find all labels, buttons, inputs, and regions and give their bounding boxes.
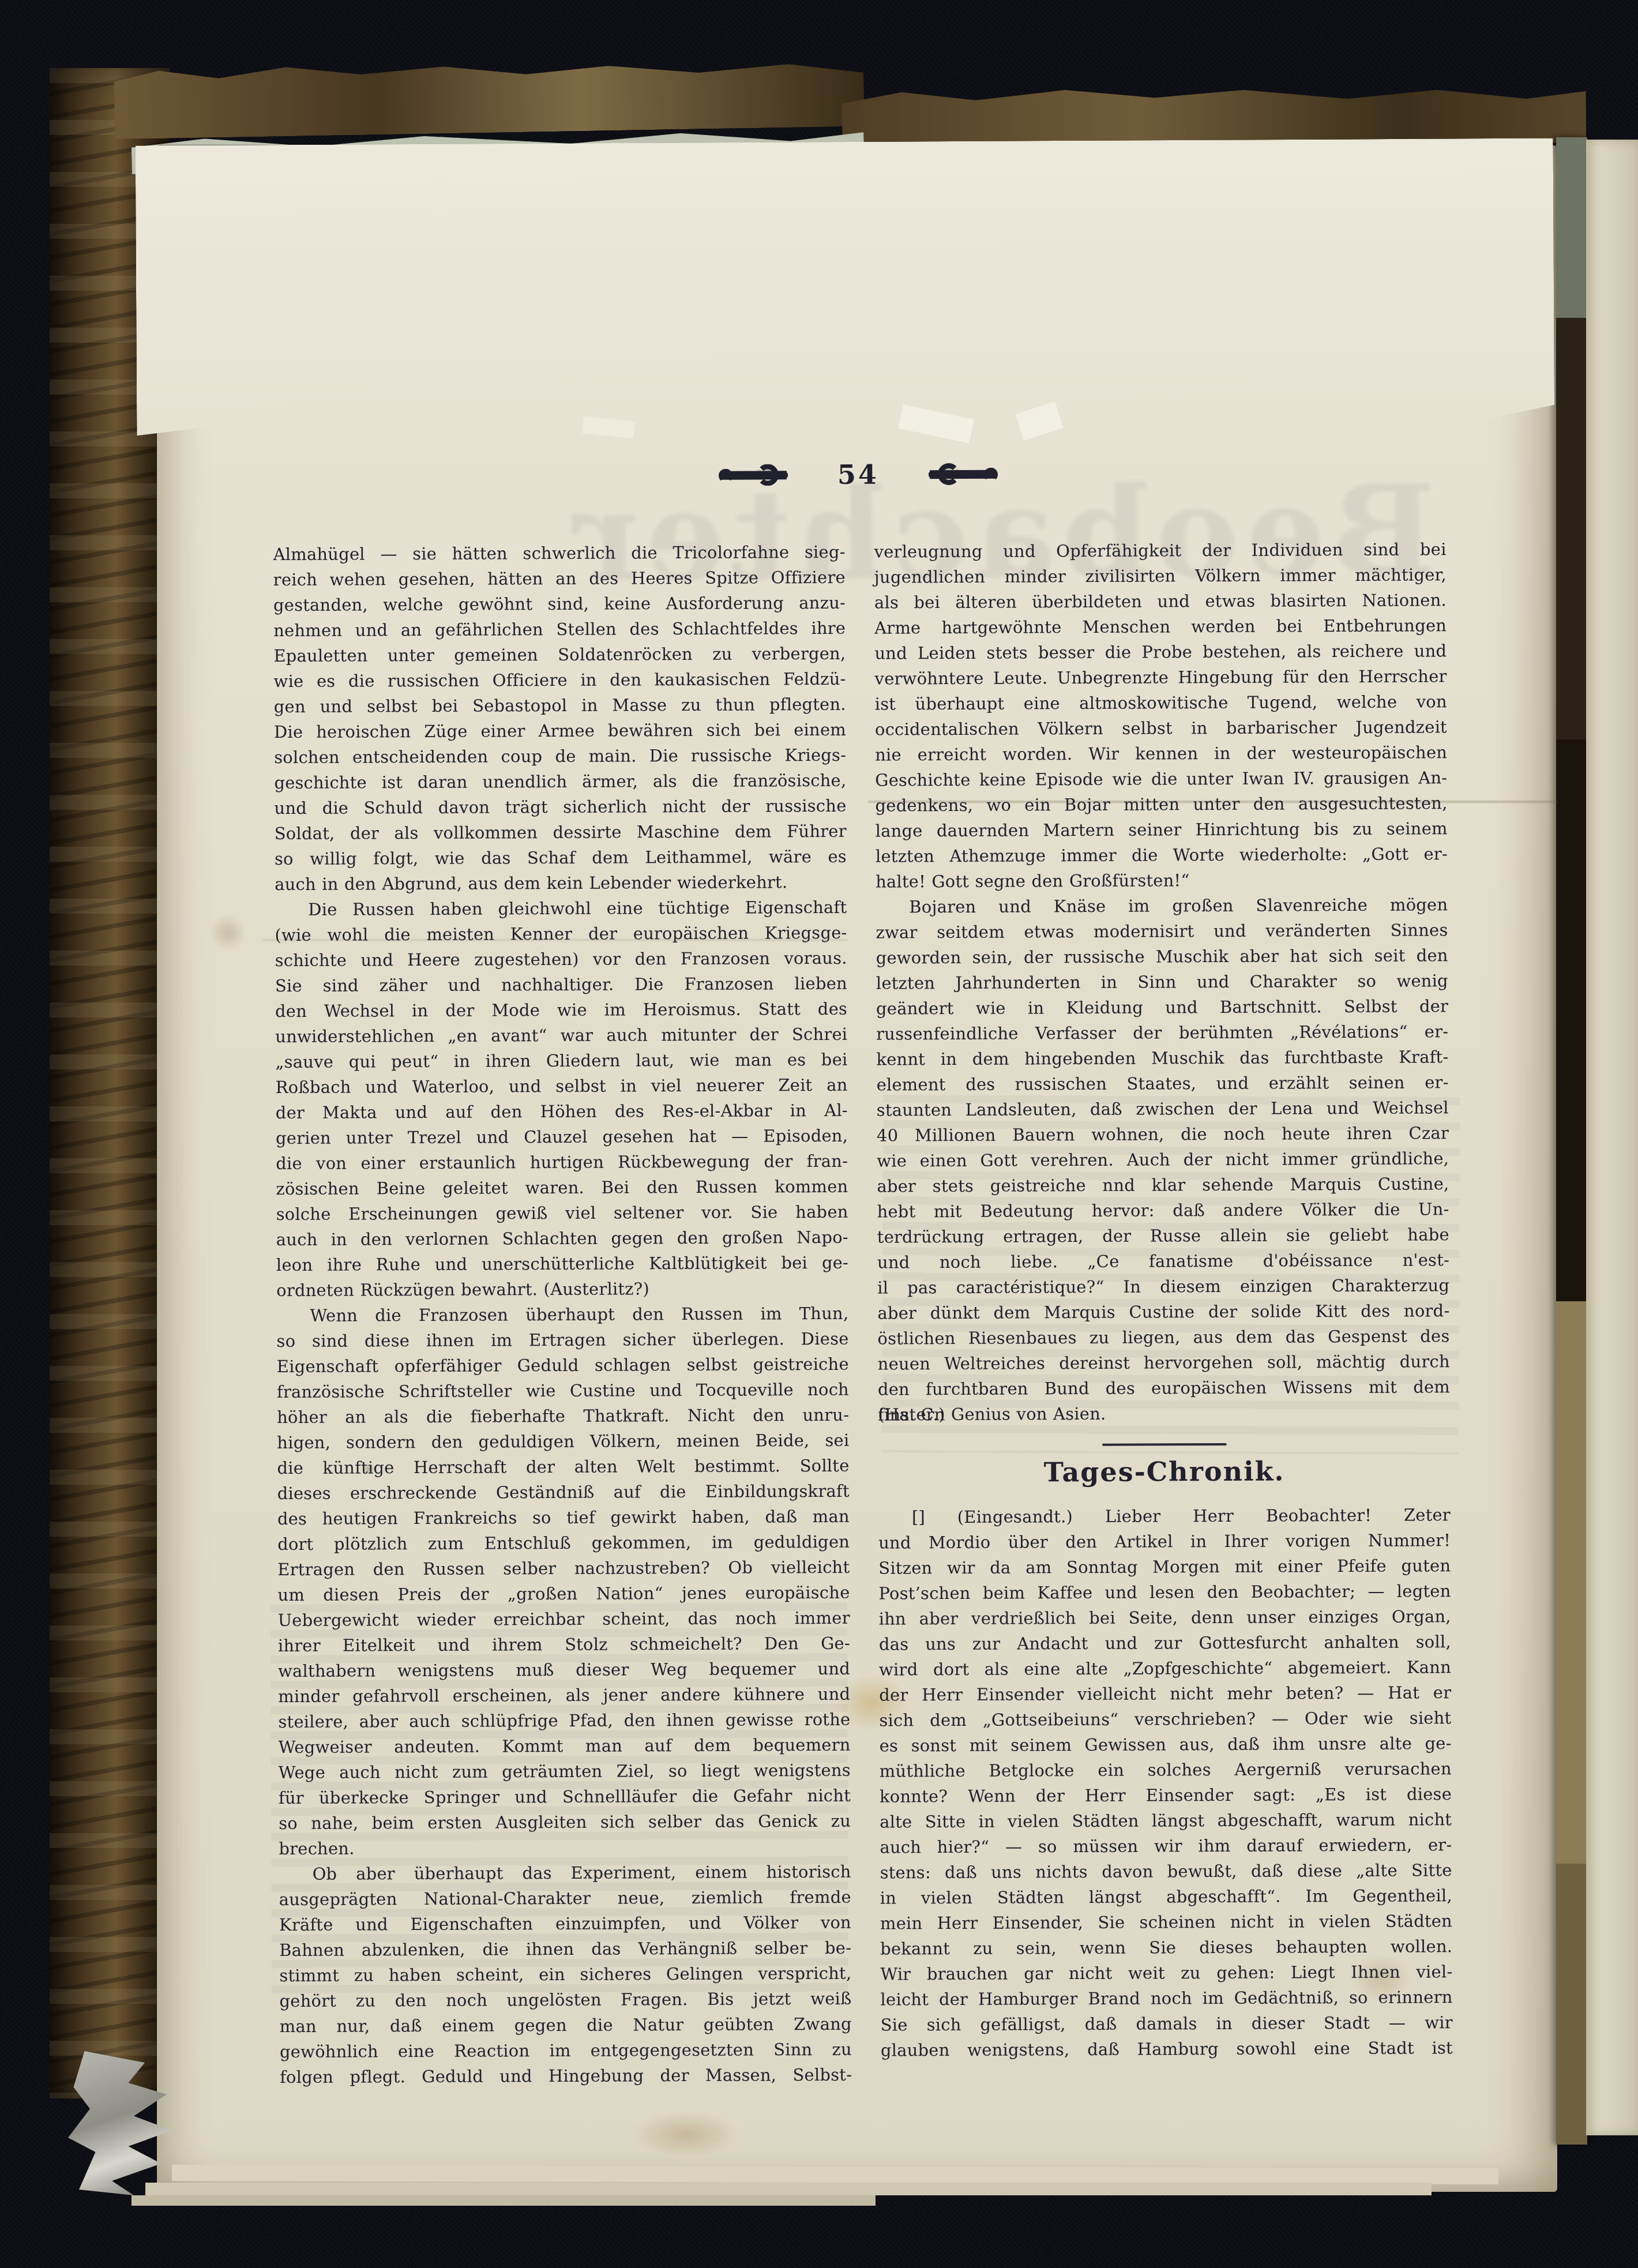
fleuron-right-icon [929,465,997,483]
page-stack-edge [145,2183,1432,2195]
text-line: sich dem „Gottseibeiuns“ verschrieben? —… [879,1705,1451,1733]
text-line: terdrückung ertragen, der Russe allein s… [877,1222,1449,1249]
text-line: Bahnen abzulenken, die ihnen das Verhäng… [279,1935,851,1963]
text-line: ist überhaupt eine altmoskowitische Tuge… [875,689,1447,716]
section-heading: Tages-Chronik. [878,1452,1450,1490]
text-line: higen, sondern den geduldigen Völkern, m… [277,1428,849,1455]
text-line: und Leiden stets besser die Probe besteh… [874,638,1447,666]
text-line: Die heroischen Züge einer Armee bewähren… [274,717,846,745]
text-line: Die Russen haben gleichwohl eine tüchtig… [275,895,847,922]
text-line: gewöhnlich eine Reaction im entgegengese… [280,2037,852,2064]
text-line: lange dauernden Martern seiner Hinrichtu… [876,816,1448,843]
text-line: verleugnung und Opferfähigkeit der Indiv… [874,536,1447,564]
text-line: gestanden, welche gewöhnt sind, keine Au… [273,590,846,618]
text-line: die von einer erstaunlich hurtigen Rückb… [276,1148,848,1176]
text-line: um diesen Preis der „großen Nation“ jene… [277,1580,850,1608]
text-line: französische Schriftsteller wie Custine … [277,1377,849,1405]
text-line: zösischen Beine geleitet waren. Bei den … [276,1174,848,1201]
text-line: gen und selbst bei Sebastopol in Masse z… [274,692,846,719]
text-line: gehört zu den noch ungelösten Fragen. Bi… [279,1986,851,2014]
text-line: Sitzen wir da am Sonntag Morgen mit eine… [878,1553,1451,1580]
text-line: Roßbach und Waterloo, und selbst in viel… [276,1072,848,1100]
text-line: Soldat, der als vollkommen dessirte Masc… [275,818,847,846]
text-line: das uns zur Andacht und zur Gottesfurcht… [879,1629,1451,1657]
text-line: Ertragen den Russen selber nachzustreben… [277,1554,850,1582]
text-line: kennt in dem hingebenden Muschik das fur… [876,1044,1448,1072]
text-line: element des russischen Staates, und erzä… [877,1069,1449,1097]
text-line: ordneten Rückzügen bewahrt. (Austerlitz?… [276,1275,848,1303]
text-line: (wie wohl die meisten Kenner der europäi… [275,920,847,948]
text-line: den furchtbaren Bund des europäischen Wi… [878,1374,1450,1402]
text-line: ihn aber verdrießlich bei Seite, denn un… [879,1604,1451,1631]
overlapping-blank-sheet [136,138,1555,439]
text-line: walthabern wenigstens muß dieser Weg beq… [278,1656,850,1684]
text-line: geändert wie in Kleidung und Bartschnitt… [876,993,1448,1021]
text-line: folgen pflegt. Geduld und Hingebung der … [280,2062,852,2090]
book-scan: Beobachter 54 Almahügel — sie hätten sch… [0,0,1638,2268]
text-line: Almahügel — sie hätten schwerlich die Tr… [273,539,846,567]
text-line: Uebergewicht wieder erreichbar scheint, … [278,1605,850,1633]
text-line: wie es die russischen Officiere in den k… [273,666,846,694]
text-line: russenfeindliche Verfasser der berühmten… [876,1019,1448,1046]
article-end-lines: verleugnung und Opferfähigkeit der Indiv… [874,536,1451,1427]
text-line: brechen. [279,1834,851,1861]
text-line: verwöhntere Leute. Unbegrenzte Hingebung… [874,663,1447,691]
text-line: letzten Athemzuge immer die Worte wieder… [876,841,1448,869]
left-column: Almahügel — sie hätten schwerlich die Tr… [273,539,852,2090]
text-line: jugendlichen minder zivilisirten Völkern… [874,562,1447,589]
text-line: unwiderstehlichen „en avant“ war auch mi… [275,1022,847,1049]
text-line: ausgeprägten National-Charakter neue, zi… [279,1884,851,1912]
text-line: die künftige Herrschaft der alten Welt b… [277,1453,849,1481]
text-line: in vielen Städten längst abgeschafft“. I… [880,1883,1452,1910]
text-line: wie einen Gott verehren. Auch der nicht … [877,1146,1449,1173]
text-line: glauben wenigstens, daß Hamburg sowohl e… [881,2035,1453,2063]
text-line: der Herr Einsender vielleicht nicht mehr… [879,1680,1451,1707]
right-column: verleugnung und Opferfähigkeit der Indiv… [874,536,1453,2063]
text-line: solchen entscheidenden coup de main. Die… [274,742,846,770]
text-line: zwar seitdem etwas modernisirt und verän… [876,917,1448,945]
text-line: Wegweiser andeuten. Kommt man auf dem be… [279,1732,851,1760]
text-line: hebt mit Bedeutung hervor: daß andere Vö… [877,1196,1449,1224]
text-line: halte! Gott segne den Großfürsten!“ [876,866,1448,894]
chronik-lines: [] (Eingesandt.) Lieber Herr Beobachter!… [878,1502,1453,2063]
text-line: auch in den Abgrund, aus dem kein Lebend… [275,869,847,897]
text-line: Ob aber überhaupt das Experiment, einem … [279,1859,851,1887]
text-line: steilere, aber auch schlüpfrige Pfad, de… [278,1707,850,1734]
text-line: des heutigen Frankreichs so tief gewirkt… [277,1504,850,1531]
text-line: minder gefahrvoll erscheinen, als jener … [278,1681,850,1709]
text-line: leon ihre Ruhe und unerschütterliche Kal… [276,1250,848,1278]
text-line: Geschichte keine Episode wie die unter I… [875,765,1447,793]
text-line: den Wechsel in der Mode wie im Heroismus… [275,996,847,1024]
text-line: konnte? Wenn der Herr Einsender sagt: „E… [880,1781,1452,1809]
text-line: letzten Jahrhunderten in Sinn und Charak… [876,968,1448,996]
text-line: Eigenschaft opferfähiger Geduld schlagen… [277,1351,849,1379]
text-line: und die Schuld davon trägt sicherlich ni… [274,793,846,821]
text-line: nie erreicht worden. Wir kennen in der w… [875,739,1447,767]
text-line: gedenkens, wo ein Bojar mitten unter den… [875,790,1447,818]
text-line: es sonst mit seinem Gewissen aus, daß ih… [880,1730,1452,1758]
text-line: 40 Millionen Bauern wohnen, die noch heu… [877,1120,1449,1148]
text-line: „sauve qui peut“ in ihren Gliedern laut,… [275,1047,847,1075]
text-line: geschichte ist daran unendlich ärmer, al… [274,768,846,795]
text-line: Post’schen beim Kaffee und lesen den Beo… [878,1578,1451,1606]
page-header: 54 [273,456,1444,493]
text-line: auch hier?“ — so müssen wir ihm darauf e… [880,1832,1452,1860]
text-line: Bojaren und Knäse im großen Slavenreiche… [876,892,1448,919]
text-line: Wege auch nicht zum geträumten Ziel, so … [279,1758,851,1785]
text-line: Epauletten unter gemeinen Soldatenröcken… [273,641,846,669]
text-line: so nahe, beim ersten Ausgleiten sich sel… [279,1808,851,1836]
text-line: staunten Landsleuten, daß zwischen der L… [877,1095,1449,1122]
text-line: Wir brauchen gar nicht weit zu gehen: Li… [880,1959,1452,1987]
text-line: wird dort als eine alte „Zopfgeschichte“… [879,1654,1451,1682]
page-number: 54 [837,459,879,490]
text-line: ihrer Eitelkeit und ihrem Stolz schmeich… [278,1631,850,1658]
text-line: Wenn die Franzosen überhaupt den Russen … [276,1301,848,1328]
text-line: und noch liebe. „Ce fanatisme d'obéissan… [877,1247,1449,1275]
section-divider [1102,1443,1226,1446]
text-line: il pas caractéristique?“ In diesem einzi… [877,1272,1449,1300]
text-line: finstern Genius von Asien.(Ha. C.) [878,1399,1450,1427]
text-line: stens: daß uns nichts davon bewußt, daß … [880,1857,1452,1885]
text-line: bekannt zu sein, wenn Sie dieses behaupt… [880,1933,1452,1961]
text-line: nehmen und an gefährlichen Stellen des S… [273,615,846,643]
text-line: östlichen Riesenbaues zu liegen, aus dem… [877,1323,1449,1351]
text-line: reich wehen gesehen, hätten an des Heere… [273,565,846,592]
text-line: so sind diese ihnen im Ertragen sicher ü… [276,1326,848,1354]
text-line: höher an als die fieberhafte Thatkraft. … [277,1402,849,1430]
text-line: Sie sich gefälligst, daß damals in diese… [881,2010,1453,2037]
text-line: mein Herr Einsender, Sie scheinen nicht … [880,1908,1452,1936]
text-line: und Mordio über den Artikel in Ihrer vor… [878,1527,1451,1555]
text-line: aber dünkt dem Marquis Custine der solid… [877,1298,1449,1325]
text-line: auch in den verlornen Schlachten gegen d… [276,1225,848,1252]
text-line: aber stets geistreiche nnd klar sehende … [877,1171,1449,1199]
text-line: stimmt zu haben scheint, ein sicheres Ge… [279,1961,851,1988]
text-line: man nur, daß einem gegen die Natur geübt… [280,2011,852,2039]
text-line: alte Sitte in vielen Städten längst abge… [880,1807,1452,1834]
text-line: geworden sein, der russische Muschik abe… [876,943,1448,970]
text-line: als bei älteren überbildeten und etwas b… [874,587,1447,615]
text-line: Sie sind zäher und nachhaltiger. Die Fra… [275,971,847,998]
text-line: neuen Weltreiches dereinst hervorgehen s… [878,1349,1450,1376]
text-line: [] (Eingesandt.) Lieber Herr Beobachter!… [878,1502,1451,1530]
text-line: dort plötzlich zum Entschluß gekommen, i… [277,1529,850,1557]
page-stack-edge [132,2195,876,2206]
text-line: occidentalischen Völkern selbst in barba… [875,714,1447,742]
text-line: müthliche Betglocke ein solches Aergerni… [880,1756,1452,1783]
text-line: gerien unter Trezel und Clauzel gesehen … [276,1123,848,1151]
text-line: leicht der Hamburger Brand noch im Gedäc… [880,1984,1452,2012]
text-line: so willig folgt, wie das Schaf dem Leith… [275,844,847,872]
text-line: dieses erschreckende Geständniß auf die … [277,1478,850,1506]
text-line: für überkecke Springer und Schnellläufer… [279,1783,851,1811]
text-line: Arme hartgewöhnte Menschen werden bei En… [874,613,1447,640]
text-line: schichte und Heere zugestehen) vor den F… [275,945,847,973]
text-line: solche Erscheinungen gewiß viel seltener… [276,1199,848,1227]
text-line: der Makta und auf den Höhen des Res-el-A… [276,1098,848,1125]
fleuron-left-icon [720,466,788,484]
text-line: Kräfte und Eigenschaften einzuimpfen, un… [279,1910,851,1937]
